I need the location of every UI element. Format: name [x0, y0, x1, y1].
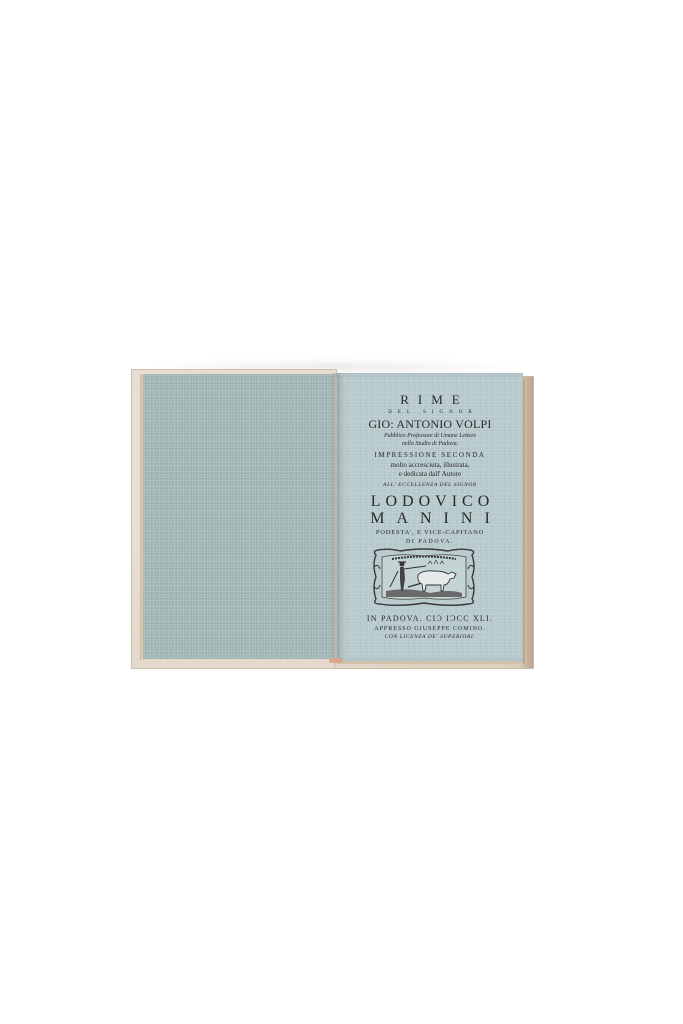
spine-damage	[329, 658, 343, 663]
office-line-1: PODESTA', E VICE-CAPITANO	[337, 530, 523, 537]
page-bottom-edge	[337, 661, 523, 664]
imprint-license: CON LICENZA DE' SUPERIORI.	[337, 635, 523, 641]
description-line-1: molto accresciuta, illustrata,	[337, 462, 523, 469]
open-book: RIME DEL SIGNOR GIO: ANTONIO VOLPI Pubbl…	[131, 367, 534, 671]
title-rime: RIME	[337, 393, 523, 406]
author-role-line-2: nello Studio di Padova.	[337, 441, 523, 447]
title-page: RIME DEL SIGNOR GIO: ANTONIO VOLPI Pubbl…	[337, 373, 523, 661]
edition-statement: IMPRESSIONE SECONDA	[337, 452, 523, 459]
office-line-2: DI PADOVA.	[337, 539, 523, 545]
imprint-place-date: IN PADOVA. CIƆ IƆCC XLI.	[337, 615, 523, 623]
dedication-line: ALL' ECCELLENZA DEL SIGNOR	[337, 483, 523, 489]
description-line-2: e dedicata dall' Autore	[337, 471, 523, 478]
del-signor: DEL SIGNOR	[337, 410, 523, 415]
author-role-line-1: Pubblico Professore di Umane Lettere	[337, 433, 523, 439]
dedicatee-last-name: MANINI	[337, 511, 523, 527]
author-name: GIO: ANTONIO VOLPI	[337, 418, 523, 430]
blue-pastedown	[143, 374, 335, 659]
dedicatee-first-name: LODOVICO	[337, 494, 523, 510]
engraved-vignette-icon	[370, 547, 478, 607]
book-gutter	[331, 373, 341, 663]
imprint-printer: APPRESSO GIUSEPPE COMINO.	[337, 626, 523, 632]
